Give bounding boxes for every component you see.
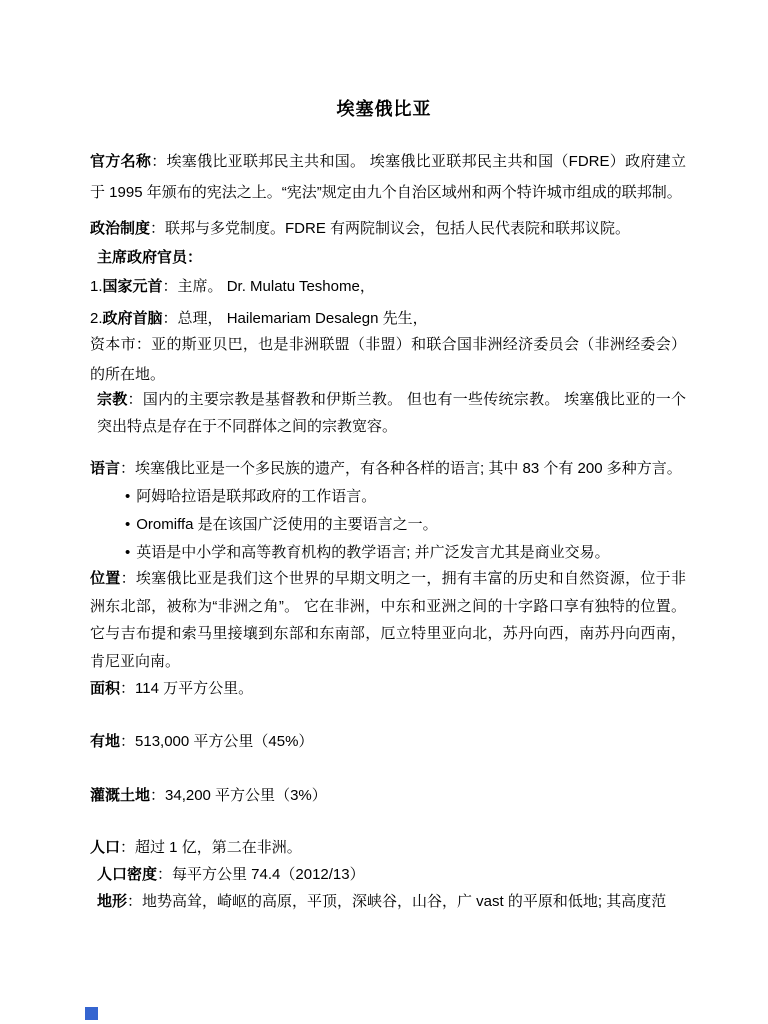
field-label-location: 位置 <box>90 570 121 587</box>
paragraph-location: 位置：埃塞俄比亚是我们这个世界的早期文明之一，拥有丰富的历史和自然资源，位于非洲… <box>90 565 686 675</box>
list-item: •阿姆哈拉语是联邦政府的工作语言。 <box>125 483 686 511</box>
field-label-political-system: 政治制度 <box>90 220 150 237</box>
field-text-political-system: ：联邦与多党制度。FDRE 有两院制议会，包括人民代表院和联邦议院。 <box>150 220 630 237</box>
field-text-population: ：超过 1 亿，第二在非洲。 <box>120 839 302 856</box>
field-text-land: ：513,000 平方公里（45%） <box>120 733 313 750</box>
paragraph-head-of-state: 1.国家元首：主席。 Dr. Mulatu Teshome， <box>90 273 686 301</box>
paragraph-irrigated-land: 灌溉土地：34,200 平方公里（3%） <box>90 782 686 810</box>
paragraph-capital-city: 资本市：亚的斯亚贝巴，也是非洲联盟（非盟）和联合国非洲经济委员会（非洲经委会）的… <box>90 330 686 390</box>
field-label-language: 语言 <box>90 460 120 477</box>
paragraph-population-density: 人口密度：每平方公里 74.4（2012/13） <box>90 861 686 889</box>
document-page: 埃塞俄比亚 官方名称：埃塞俄比亚联邦民主共和国。 埃塞俄比亚联邦民主共和国（FD… <box>0 0 768 1024</box>
field-label-topography: 地形 <box>97 893 127 910</box>
field-text-chief-officials: ： <box>187 249 202 266</box>
field-label-chief-officials: 主席政府官员 <box>97 249 187 266</box>
field-text-head-of-government: ：总理， Hailemariam Desalegn 先生， <box>163 310 428 327</box>
field-label-head-of-government: 政府首脑 <box>103 310 163 327</box>
bullet-text-amharic: 阿姆哈拉语是联邦政府的工作语言。 <box>136 488 376 505</box>
field-label-head-of-state: 国家元首 <box>103 278 163 295</box>
paragraph-religion: 宗教：国内的主要宗教是基督教和伊斯兰教。 但也有一些传统宗教。 埃塞俄比亚的一个… <box>90 386 686 440</box>
paragraph-language: 语言：埃塞俄比亚是一个多民族的遗产，有各种各样的语言; 其中 83 个有 200… <box>90 455 686 483</box>
field-label-religion: 宗教 <box>97 391 128 408</box>
paragraph-chief-officials: 主席政府官员： <box>90 244 686 272</box>
field-label-area: 面积 <box>90 680 120 697</box>
page-title: 埃塞俄比亚 <box>0 96 768 122</box>
paragraph-population: 人口：超过 1 亿，第二在非洲。 <box>90 834 686 862</box>
field-text-head-of-state: ：主席。 Dr. Mulatu Teshome， <box>163 278 375 295</box>
field-text-irrigated-land: ：34,200 平方公里（3%） <box>150 787 327 804</box>
bullet-text-oromiffa: Oromiffa 是在该国广泛使用的主要语言之一。 <box>136 516 437 533</box>
list-item: •Oromiffa 是在该国广泛使用的主要语言之一。 <box>125 511 686 539</box>
paragraph-political-system: 政治制度：联邦与多党制度。FDRE 有两院制议会，包括人民代表院和联邦议院。 <box>90 215 686 243</box>
paragraph-official-name: 官方名称：埃塞俄比亚联邦民主共和国。 埃塞俄比亚联邦民主共和国（FDRE）政府建… <box>90 146 686 208</box>
paragraph-land: 有地：513,000 平方公里（45%） <box>90 728 686 756</box>
list-number-1: 1. <box>90 278 103 295</box>
field-label-population: 人口 <box>90 839 120 856</box>
bullet-icon: • <box>125 544 130 561</box>
field-text-official-name: ：埃塞俄比亚联邦民主共和国。 埃塞俄比亚联邦民主共和国（FDRE）政府建立于 1… <box>90 153 686 201</box>
field-label-official-name: 官方名称 <box>90 153 151 170</box>
field-text-location: ：埃塞俄比亚是我们这个世界的早期文明之一，拥有丰富的历史和自然资源，位于非洲东北… <box>90 570 686 670</box>
paragraph-area: 面积：114 万平方公里。 <box>90 675 686 703</box>
field-label-land: 有地 <box>90 733 120 750</box>
bullet-icon: • <box>125 488 130 505</box>
field-label-population-density: 人口密度 <box>97 866 157 883</box>
field-text-population-density: ：每平方公里 74.4（2012/13） <box>157 866 365 883</box>
language-bullet-list: •阿姆哈拉语是联邦政府的工作语言。 •Oromiffa 是在该国广泛使用的主要语… <box>125 483 686 567</box>
paragraph-head-of-government: 2.政府首脑：总理， Hailemariam Desalegn 先生， <box>90 305 686 333</box>
page-corner-blue-marker <box>85 1007 98 1020</box>
list-item: •英语是中小学和高等教育机构的教学语言; 并广泛发言尤其是商业交易。 <box>125 539 686 567</box>
field-label-irrigated-land: 灌溉土地 <box>90 787 150 804</box>
bullet-text-english: 英语是中小学和高等教育机构的教学语言; 并广泛发言尤其是商业交易。 <box>136 544 609 561</box>
list-number-2: 2. <box>90 310 103 327</box>
field-text-topography: ：地势高耸，崎岖的高原，平顶，深峡谷，山谷，广 vast 的平原和低地; 其高度… <box>127 893 666 910</box>
field-text-language: ：埃塞俄比亚是一个多民族的遗产，有各种各样的语言; 其中 83 个有 200 多… <box>120 460 682 477</box>
paragraph-topography: 地形：地势高耸，崎岖的高原，平顶，深峡谷，山谷，广 vast 的平原和低地; 其… <box>90 888 686 916</box>
field-text-capital-city: 资本市：亚的斯亚贝巴，也是非洲联盟（非盟）和联合国非洲经济委员会（非洲经委会）的… <box>90 336 686 383</box>
field-text-area: ：114 万平方公里。 <box>120 680 253 697</box>
bullet-icon: • <box>125 516 130 533</box>
field-text-religion: ：国内的主要宗教是基督教和伊斯兰教。 但也有一些传统宗教。 埃塞俄比亚的一个突出… <box>97 391 686 435</box>
